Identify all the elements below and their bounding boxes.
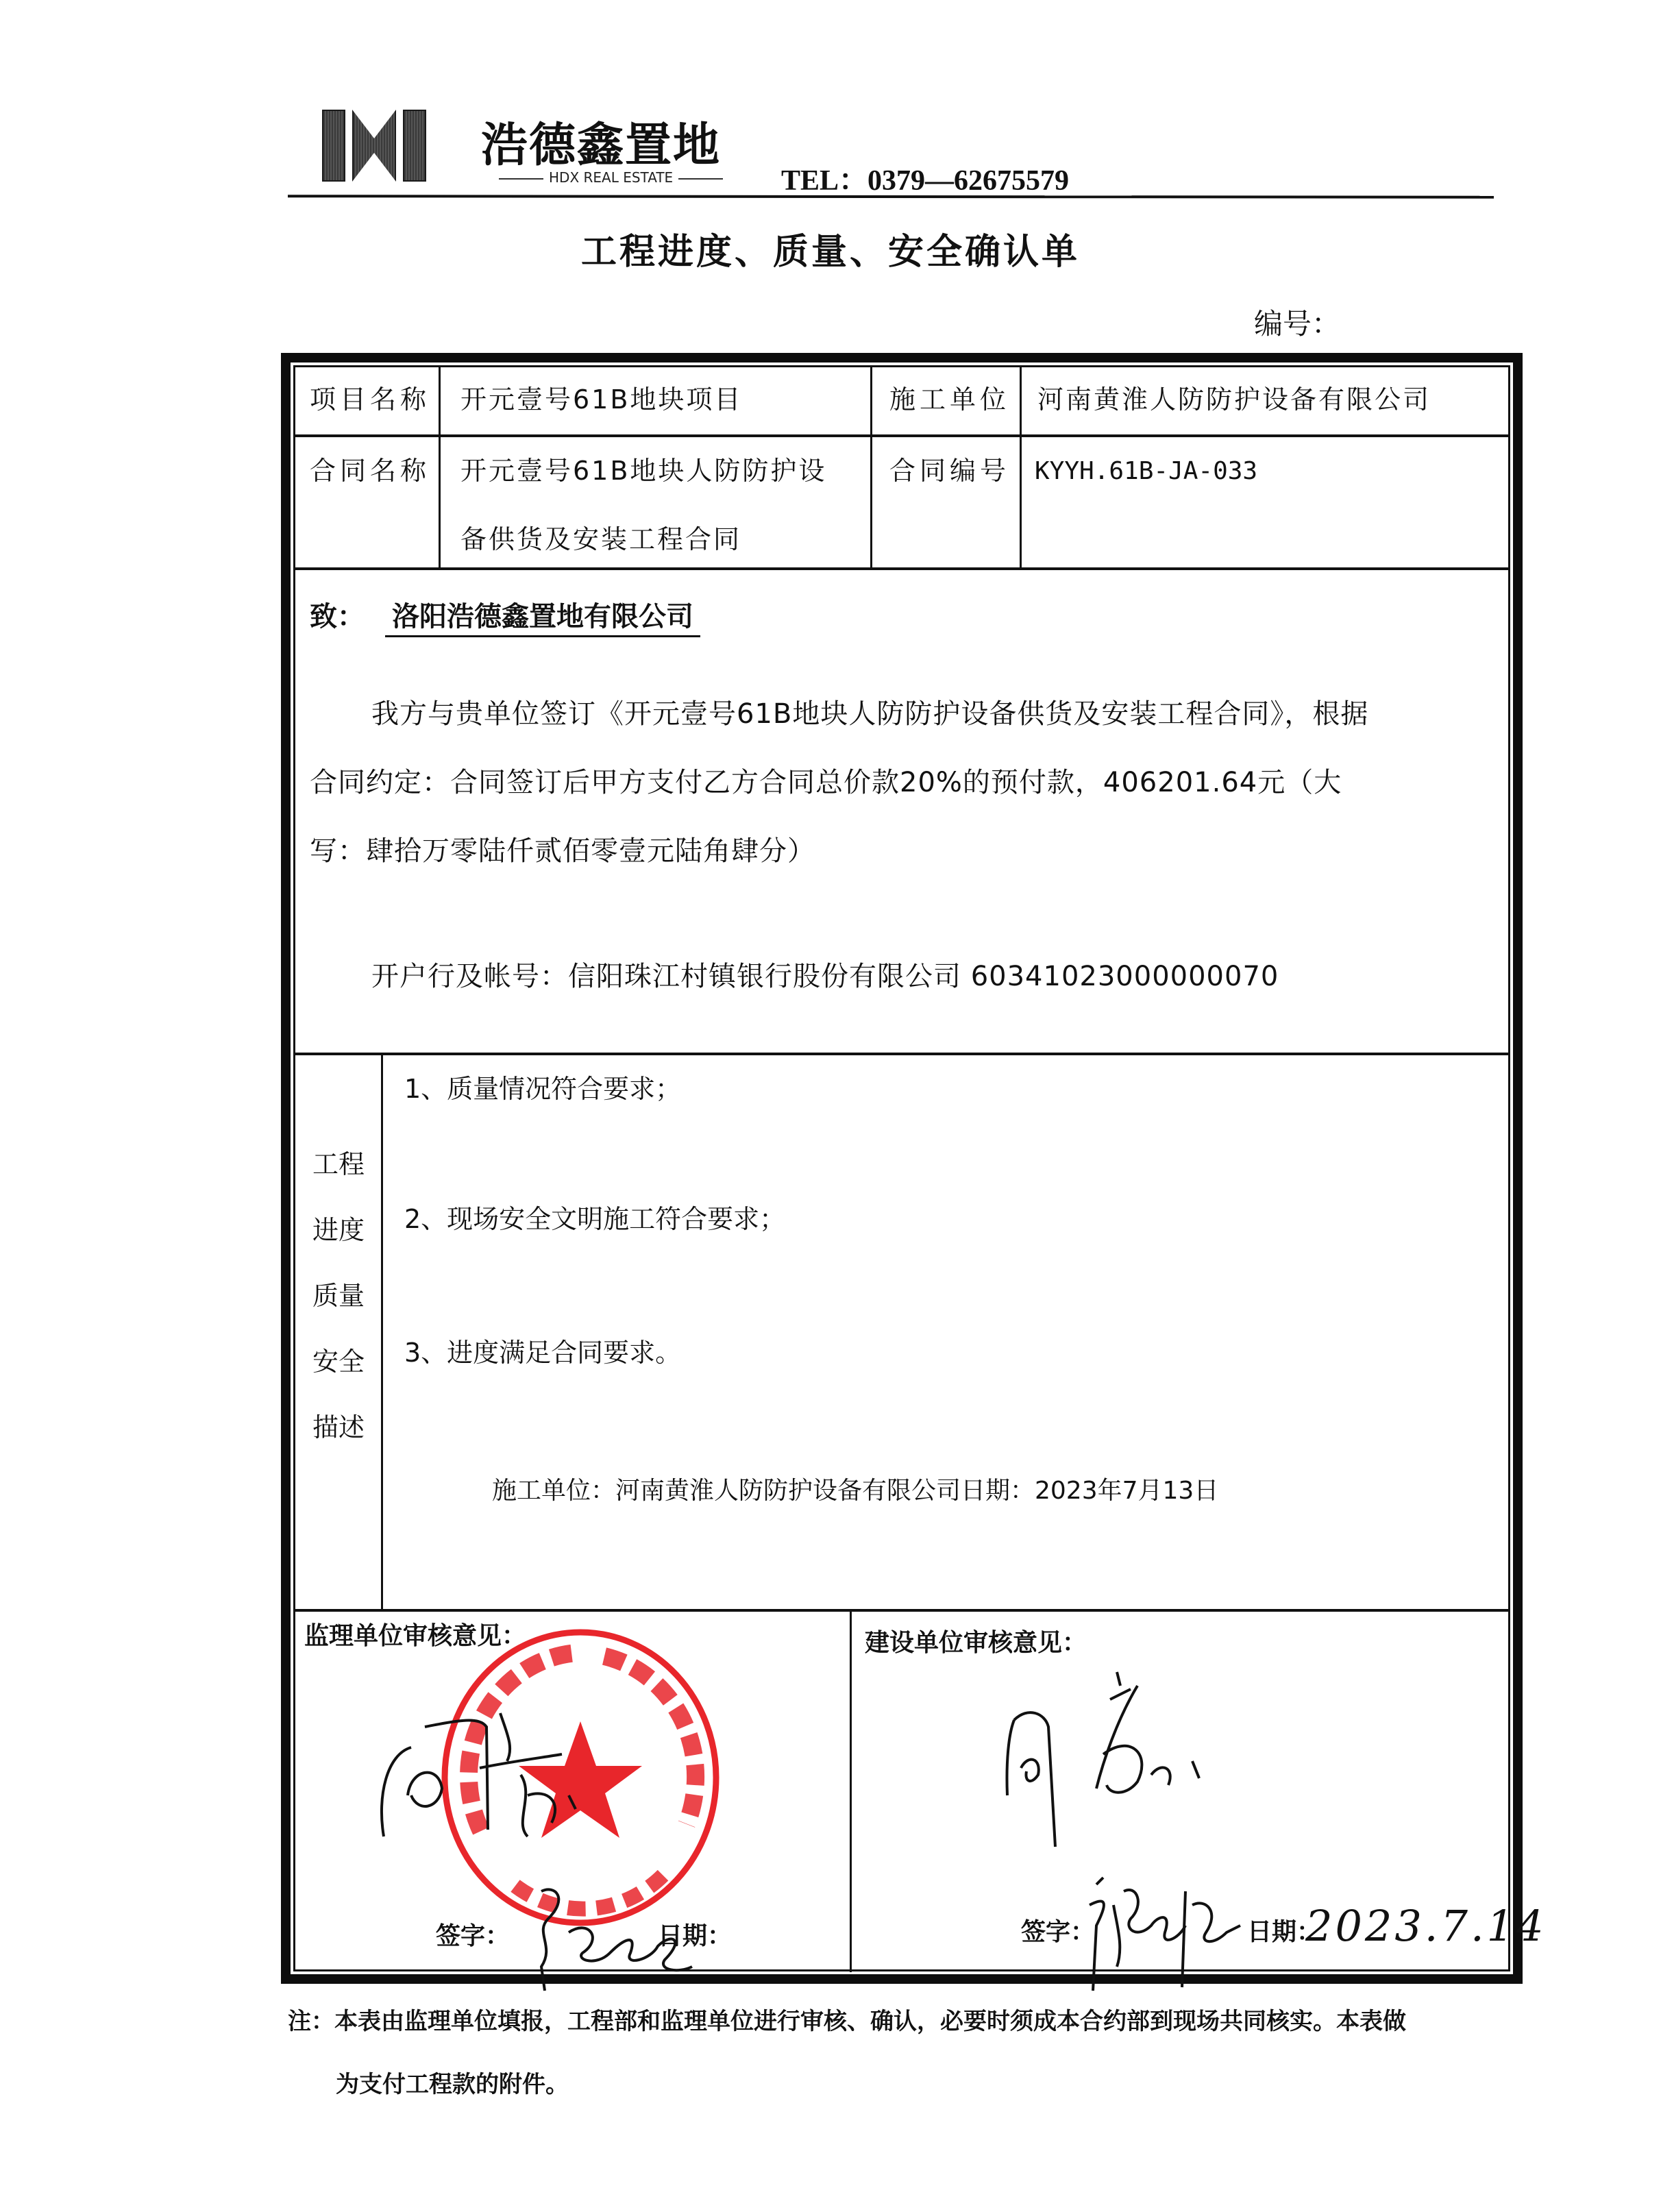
company-name-cn: 浩德鑫置地 [481, 108, 721, 175]
logo-bar-left [322, 110, 345, 182]
project-name-label: 项目名称 [310, 386, 430, 413]
telephone: TEL：0379—62675579 [781, 158, 1069, 199]
contractor-signature-line: 施工单位：河南黄淮人防防护设备有限公司日期：2023年7月13日 [492, 1479, 1218, 1503]
column-divider [1020, 365, 1022, 569]
contractor-value: 河南黄淮人防防护设备有限公司 [1037, 386, 1431, 413]
hdx-logo-icon [322, 110, 459, 182]
column-divider [439, 365, 441, 569]
side-label-gongcheng: 工程 [302, 1143, 376, 1181]
owner-opinion-handwriting [994, 1658, 1213, 1850]
row-divider [293, 567, 1510, 570]
row-divider [293, 1053, 1510, 1055]
page-title: 工程进度、质量、安全确认单 [0, 223, 1661, 274]
addressee-label: 致： [310, 601, 365, 632]
footnote-line2: 为支付工程款的附件。 [336, 2050, 1569, 2119]
description-item: 2、现场安全文明施工符合要求； [404, 1206, 785, 1232]
contract-name-value-line2: 备供货及安装工程合同 [460, 526, 741, 552]
side-label-miaoshu: 描述 [302, 1406, 376, 1444]
column-divider [381, 1054, 383, 1610]
side-label-anquan: 安全 [302, 1340, 376, 1378]
contract-name-label: 合同名称 [310, 458, 430, 484]
contract-name-value-line1: 开元壹号61B地块人防防护设 [460, 458, 826, 484]
logo-bar-middle [352, 110, 396, 182]
addressee-name: 洛阳浩德鑫置地有限公司 [385, 601, 700, 637]
logo-bar-right [403, 110, 426, 182]
project-name-value: 开元壹号61B地块项目 [460, 386, 742, 413]
supervision-sign-label: 签字： [436, 1924, 510, 1949]
description-item: 3、进度满足合同要求。 [404, 1340, 681, 1366]
owner-date-handwritten: 2023.7.14 [1305, 1905, 1547, 1947]
contractor-label: 施工单位 [889, 386, 1010, 413]
supervision-date-label: 日期： [658, 1924, 732, 1949]
footnote-line1: 注：本表由监理单位填报，工程部和监理单位进行审核、确认，必要时须成本合约部到现场… [288, 1987, 1521, 2056]
row-divider [293, 1609, 1510, 1612]
owner-review-label: 建设单位审核意见： [865, 1631, 1087, 1656]
side-label-jindu: 进度 [302, 1209, 376, 1246]
supervision-opinion-handwriting [370, 1693, 596, 1850]
column-divider [870, 365, 872, 569]
bank-account-line: 开户行及帐号：信阳珠江村镇银行股份有限公司 60341023000000070 [310, 942, 1505, 1011]
letterhead-divider [288, 195, 1494, 199]
side-label-zhiliang: 质量 [302, 1275, 376, 1312]
description-item: 1、质量情况符合要求； [404, 1076, 681, 1102]
letter-body-line2: 合同约定：合同签订后甲方支付乙方合同总价款20%的预付款，406201.64元（… [310, 748, 1505, 817]
letter-body-line1: 我方与贵单位签订《开元壹号61B地块人防防护设备供货及安装工程合同》，根据 [310, 680, 1505, 748]
owner-signature [1083, 1864, 1254, 1994]
letter-body-line3: 写：肆拾万零陆仟贰佰零壹元陆角肆分） [310, 817, 1505, 885]
column-divider [850, 1610, 852, 1972]
contract-number-label: 合同编号 [889, 458, 1010, 484]
addressee-line: 致：洛阳浩德鑫置地有限公司 [310, 595, 700, 634]
row-divider [293, 434, 1510, 437]
contract-number-value: KYYH.61B-JA-033 [1035, 459, 1257, 484]
company-name-en: HDX REAL ESTATE [493, 169, 728, 186]
serial-number-label: 编号： [1254, 302, 1340, 343]
